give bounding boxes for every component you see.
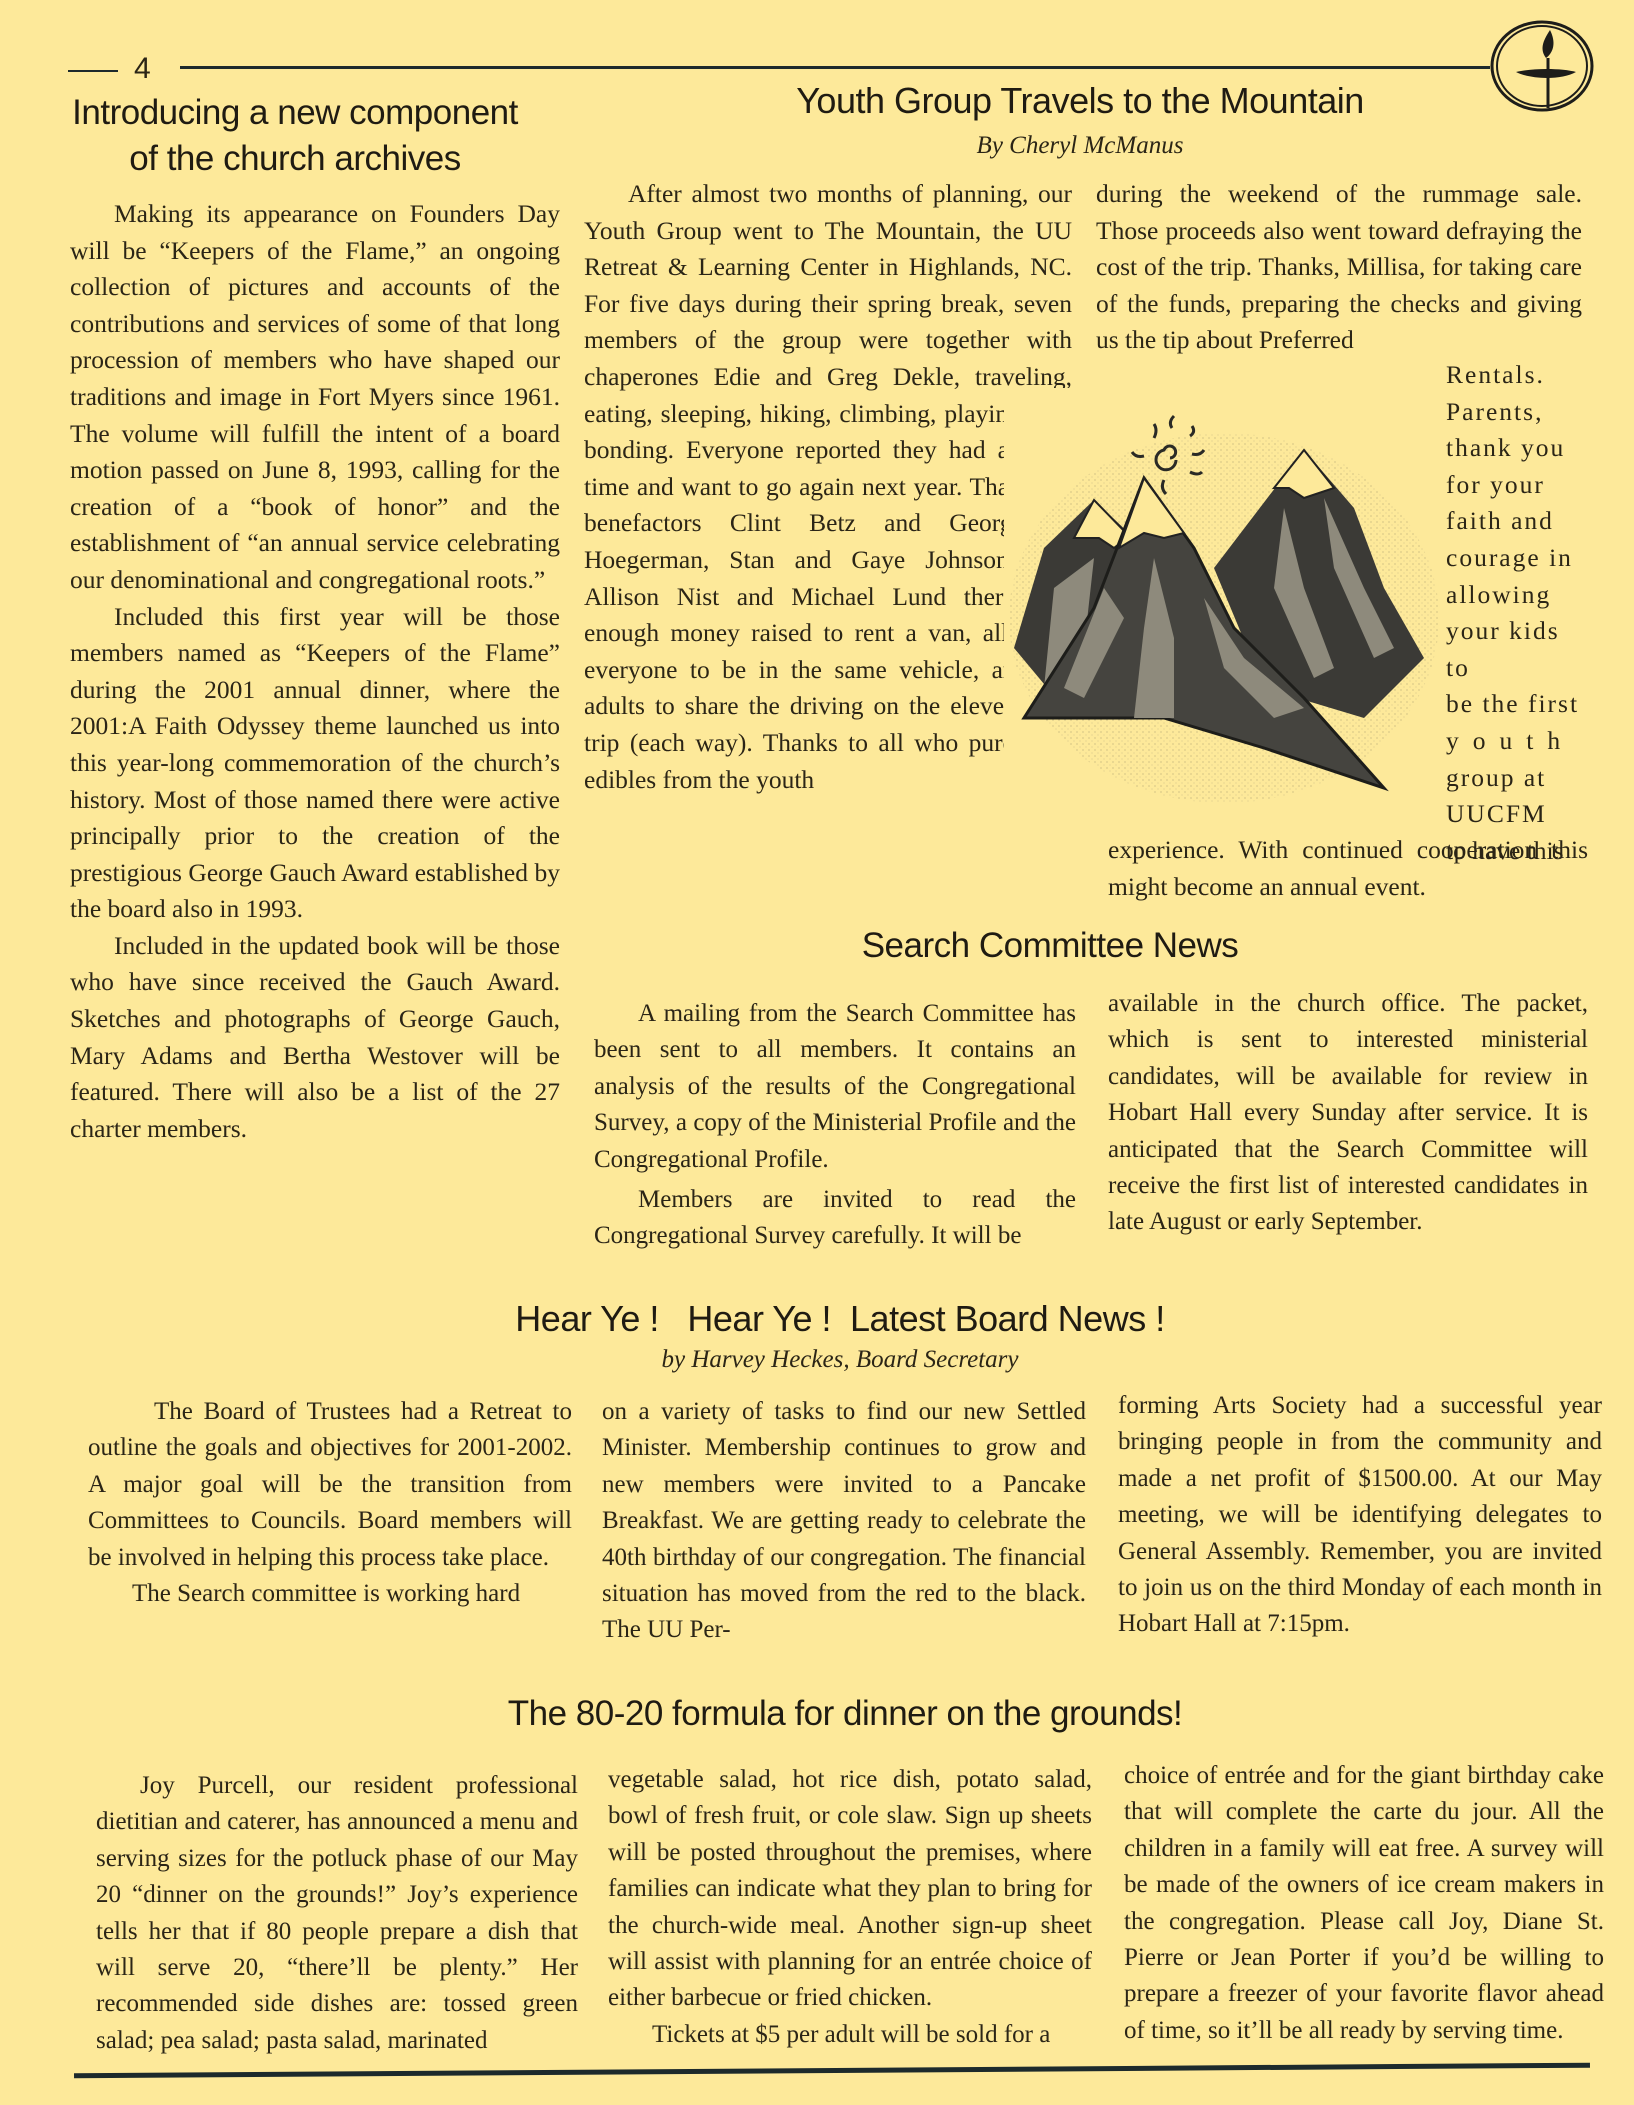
board-title: Hear Ye ! Hear Ye ! Latest Board News ! (420, 1298, 1260, 1340)
wrap-line: youth (1446, 723, 1582, 760)
page-number: 4 (134, 52, 151, 86)
archives-title: Introducing a new component of the churc… (60, 90, 530, 182)
archives-title-line1: Introducing a new component (60, 90, 530, 136)
search-paragraph: A mailing from the Search Committee has … (594, 996, 1076, 1178)
archives-paragraph: Included in the updated book will be tho… (70, 928, 560, 1148)
wrap-line: thank you (1446, 430, 1582, 467)
search-column-2: available in the church office. The pack… (1108, 986, 1588, 1241)
wrap-line: faith and (1446, 503, 1582, 540)
dinner-column-1: Joy Purcell, our resident professional d… (96, 1768, 578, 2059)
search-title: Search Committee News (800, 926, 1300, 966)
flaming-chalice-icon (1488, 18, 1596, 114)
board-paragraph: The Board of Trustees had a Retreat to o… (88, 1394, 572, 1576)
youth-column-2-bottom: experience. With continued cooperation t… (1108, 832, 1588, 905)
footer-rule (74, 2063, 1590, 2079)
wrap-line: your kids to (1446, 613, 1582, 686)
wrap-line: group at (1446, 760, 1582, 797)
wrap-line: UUCFM (1446, 796, 1582, 833)
dinner-column-2: vegetable salad, hot rice dish, potato s… (608, 1762, 1092, 2053)
wrap-line: allowing (1446, 577, 1582, 614)
search-paragraph: available in the church office. The pack… (1108, 986, 1588, 1241)
youth-column-2-top: during the weekend of the rummage sale. … (1096, 176, 1582, 359)
archives-paragraph: Included this first year will be those m… (70, 599, 560, 928)
board-byline: by Harvey Heckes, Board Secretary (560, 1346, 1120, 1374)
wrap-line: courage in (1446, 540, 1582, 577)
youth-byline: By Cheryl McManus (880, 132, 1280, 160)
archives-body: Making its appearance on Founders Day wi… (70, 196, 560, 1147)
youth-paragraph: experience. With continued cooperation t… (1108, 832, 1588, 905)
dinner-paragraph: Tickets at $5 per adult will be sold for… (608, 2017, 1092, 2053)
wrap-line: be the first (1446, 686, 1582, 723)
board-column-3: forming Arts Society had a successful ye… (1118, 1388, 1602, 1643)
search-paragraph: Members are invited to read the Congrega… (594, 1182, 1076, 1255)
youth-title: Youth Group Travels to the Mountain (700, 80, 1460, 122)
dinner-paragraph: choice of entrée and for the giant birth… (1124, 1758, 1604, 2049)
dinner-title: The 80-20 formula for dinner on the grou… (400, 1694, 1290, 1734)
wrap-line: for your (1446, 467, 1582, 504)
search-column-1: A mailing from the Search Committee has … (594, 996, 1076, 1255)
youth-column-2-wrap: Rentals. Parents, thank you for your fai… (1446, 357, 1582, 869)
header-rule (180, 66, 1490, 69)
wrap-line: Parents, (1446, 394, 1582, 431)
mountains-illustration (1004, 388, 1444, 808)
dinner-paragraph: Joy Purcell, our resident professional d… (96, 1768, 578, 2059)
page-number-dash (68, 70, 118, 72)
board-column-1: The Board of Trustees had a Retreat to o… (88, 1394, 572, 1612)
youth-paragraph: during the weekend of the rummage sale. … (1096, 176, 1582, 359)
dinner-paragraph: vegetable salad, hot rice dish, potato s… (608, 1762, 1092, 2017)
archives-paragraph: Making its appearance on Founders Day wi… (70, 196, 560, 599)
board-paragraph: on a variety of tasks to find our new Se… (602, 1394, 1086, 1649)
youth-column-1: After almost two months of planning, our… (584, 176, 1072, 798)
youth-paragraph: After almost two months of planning, our… (584, 176, 1072, 798)
archives-title-line2: of the church archives (60, 136, 530, 182)
dinner-column-3: choice of entrée and for the giant birth… (1124, 1758, 1604, 2049)
board-paragraph: forming Arts Society had a successful ye… (1118, 1388, 1602, 1643)
wrap-line: Rentals. (1446, 357, 1582, 394)
board-paragraph: The Search committee is working hard (88, 1576, 572, 1612)
board-column-2: on a variety of tasks to find our new Se… (602, 1394, 1086, 1649)
